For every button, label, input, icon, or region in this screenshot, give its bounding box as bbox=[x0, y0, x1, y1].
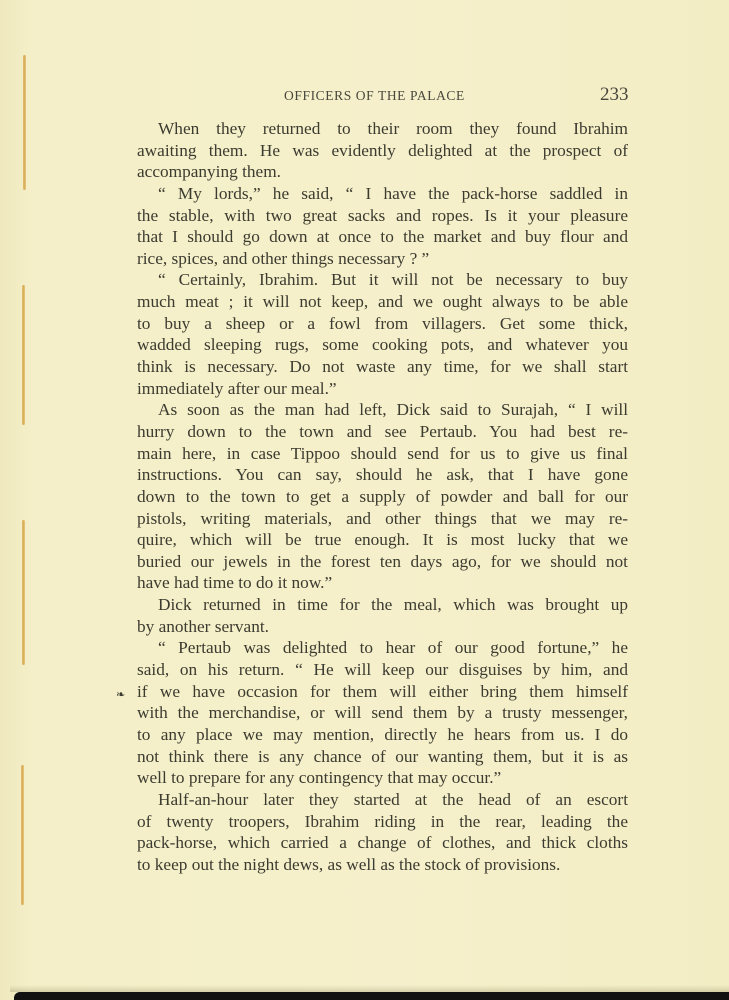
running-head: OFFICERS OF THE PALACE bbox=[284, 88, 465, 104]
text-line: well to prepare for any contingency that… bbox=[137, 767, 628, 789]
text-line: to buy a sheep or a fowl from villagers.… bbox=[137, 313, 628, 335]
text-line: buried our jewels in the forest ten days… bbox=[137, 551, 628, 573]
text-line: not think there is any chance of our wan… bbox=[137, 746, 628, 768]
text-line: accompanying them. bbox=[137, 161, 628, 183]
binding-stain-2 bbox=[22, 285, 25, 425]
text-line: of twenty troopers, Ibrahim riding in th… bbox=[137, 811, 628, 833]
page-edge-shadow bbox=[10, 985, 729, 992]
text-line: hurry down to the town and see Pertaub. … bbox=[137, 421, 628, 443]
text-line: with the merchandise, or will send them … bbox=[137, 702, 628, 724]
text-line: think is necessary. Do not waste any tim… bbox=[137, 356, 628, 378]
body-text: When they returned to their room they fo… bbox=[137, 118, 628, 875]
margin-ink-mark: ❧ bbox=[116, 688, 125, 701]
binding-stain-1 bbox=[23, 55, 26, 190]
book-page: OFFICERS OF THE PALACE 233 When they ret… bbox=[0, 0, 729, 1000]
text-line: immediately after our meal.” bbox=[137, 378, 628, 400]
text-line: to keep out the night dews, as well as t… bbox=[137, 854, 628, 876]
text-line: When they returned to their room they fo… bbox=[137, 118, 628, 140]
text-line: said, on his return. “ He will keep our … bbox=[137, 659, 628, 681]
text-line: quire, which will be true enough. It is … bbox=[137, 529, 628, 551]
text-line: have had time to do it now.” bbox=[137, 572, 628, 594]
text-line: “ Pertaub was delighted to hear of our g… bbox=[137, 637, 628, 659]
text-line: pistols, writing materials, and other th… bbox=[137, 508, 628, 530]
text-line: main here, in case Tippoo should send fo… bbox=[137, 443, 628, 465]
text-line: awaiting them. He was evidently delighte… bbox=[137, 140, 628, 162]
text-line: “ My lords,” he said, “ I have the pack-… bbox=[137, 183, 628, 205]
page-header: OFFICERS OF THE PALACE 233 bbox=[0, 84, 729, 108]
text-line: by another servant. bbox=[137, 616, 628, 638]
text-line: if we have occasion for them will either… bbox=[137, 681, 628, 703]
text-line: that I should go down at once to the mar… bbox=[137, 226, 628, 248]
page-number: 233 bbox=[600, 84, 629, 106]
text-line: “ Certainly, Ibrahim. But it will not be… bbox=[137, 269, 628, 291]
text-line: the stable, with two great sacks and rop… bbox=[137, 205, 628, 227]
binding-stain-4 bbox=[21, 765, 24, 905]
text-line: pack-horse, which carried a change of cl… bbox=[137, 832, 628, 854]
text-line: much meat ; it will not keep, and we oug… bbox=[137, 291, 628, 313]
text-line: wadded sleeping rugs, some cooking pots,… bbox=[137, 334, 628, 356]
text-line: Half-an-hour later they started at the h… bbox=[137, 789, 628, 811]
text-line: As soon as the man had left, Dick said t… bbox=[137, 399, 628, 421]
page-bottom-edge bbox=[14, 992, 729, 1000]
text-line: rice, spices, and other things necessary… bbox=[137, 248, 628, 270]
binding-stain-3 bbox=[22, 520, 25, 665]
text-line: instructions. You can say, should he ask… bbox=[137, 464, 628, 486]
text-line: to any place we may mention, directly he… bbox=[137, 724, 628, 746]
text-line: down to the town to get a supply of powd… bbox=[137, 486, 628, 508]
text-line: Dick returned in time for the meal, whic… bbox=[137, 594, 628, 616]
